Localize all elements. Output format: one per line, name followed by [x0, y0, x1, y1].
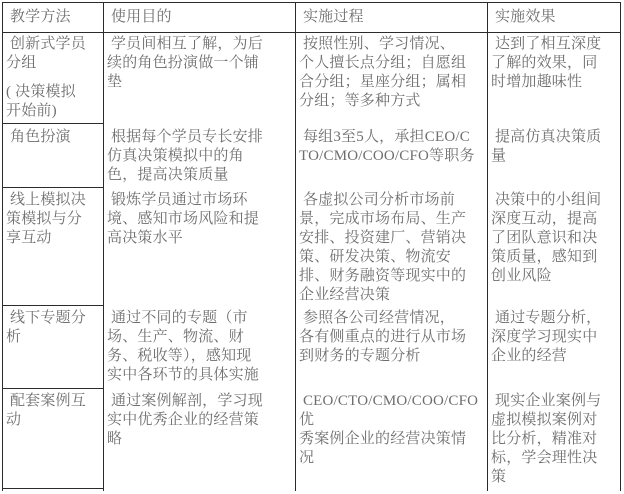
table-border-left: [2, 2, 3, 491]
row4-effect: 通过专题分析， 深度学习现实中 企业的经营: [491, 309, 618, 366]
row2-method: 角色扮演: [6, 128, 100, 147]
row1-method: 创新式学员 分组: [6, 35, 100, 73]
row1-effect: 达到了相互深度 了解的效果，同 时增加趣味性: [491, 35, 618, 92]
row3-process: 各虚拟公司分析市场前 景，完成市场布局、生产 安排、投资建厂、营销决 策、研发决…: [299, 191, 485, 305]
row5-effect: 现实企业案例与 虚拟模拟案例对 比分析，精准对 标，学会理性决 策: [491, 392, 618, 487]
row5-method: 配套案例互 动: [6, 392, 100, 430]
header-divider: [2, 32, 621, 33]
row4-method: 线下专题分 析: [6, 309, 100, 347]
row1-process: 按照性别、学习情况、 个人擅长点分组；自愿组 合分组；星座分组；属相 分组；等多…: [299, 35, 485, 111]
row4-process: 参照各公司经营情况， 各有侧重点的进行从市场 到财务的专题分析: [299, 309, 485, 366]
table-border-right: [620, 2, 621, 491]
row2-effect: 提高仿真决策质 量: [491, 128, 618, 166]
method-row-divider-4: [2, 388, 104, 389]
header-purpose: 使用目的: [107, 8, 293, 27]
column-divider-1: [103, 2, 104, 491]
row2-purpose: 根据每个学员专长安排 仿真决策模拟中的角 色，提高决策质量: [107, 128, 293, 185]
header-effect: 实施效果: [491, 8, 618, 27]
row5-process: CEO/CTO/CMO/COO/CFO优 秀案例企业的经营决策情 况: [299, 392, 485, 468]
row3-method: 线上模拟决 策模拟与分 享互动: [6, 191, 100, 248]
header-method: 教学方法: [6, 8, 100, 27]
method-row-divider-5: [2, 488, 104, 489]
row4-purpose: 通过不同的专题（市 场、生产、物流、财 务、税收等），感知现 实中各环节的具体实…: [107, 309, 293, 385]
column-divider-2: [295, 2, 296, 491]
row2-process: 每组3至5人，承担CEO/C TO/CMO/COO/CFO等职务: [299, 128, 485, 166]
table-border-top: [2, 2, 621, 3]
teaching-methods-table: 教学方法 使用目的 实施过程 实施效果 创新式学员 分组 ( 决策模拟 开始前)…: [0, 0, 624, 494]
column-divider-3: [487, 2, 488, 491]
row5-purpose: 通过案例解剖，学习现 实中优秀企业的经营策 略: [107, 392, 293, 449]
method-row-divider-2: [2, 187, 104, 188]
method-row-divider-3: [2, 305, 104, 306]
header-process: 实施过程: [299, 8, 485, 27]
method-row-divider-1: [2, 123, 104, 124]
row1-method-note: ( 决策模拟 开始前): [6, 83, 100, 121]
row3-effect: 决策中的小组间 深度互动，提高 了团队意识和决 策质量，感知到 创业风险: [491, 191, 618, 286]
row3-purpose: 锻炼学员通过市场环 境、感知市场风险和提 高决策水平: [107, 191, 293, 248]
row1-purpose: 学员间相互了解，为后 续的角色扮演做一个铺 垫: [107, 35, 293, 92]
